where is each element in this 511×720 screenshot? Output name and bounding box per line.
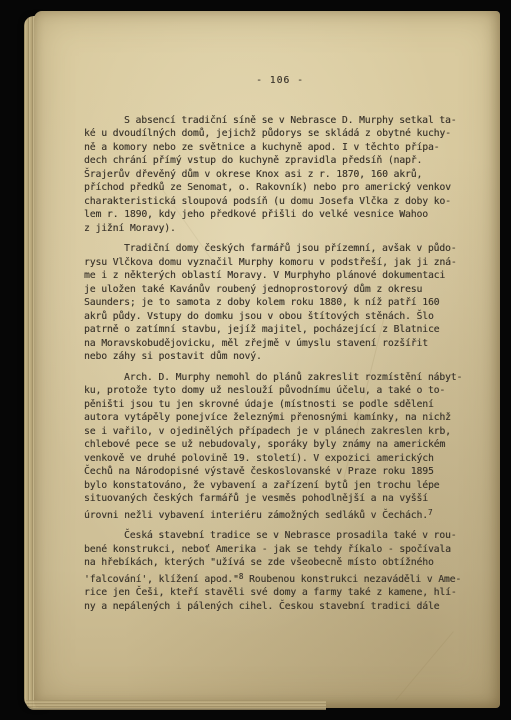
text-line: ké u dvoudílných domů, jejichž půdorys s… [84, 127, 476, 141]
text-line: příchod předků ze Senomat, o. Rakovník) … [84, 181, 476, 195]
text-line: charakteristická sloupová podsíň (u domu… [84, 195, 476, 209]
text-line: úrovni nežli vybavení interiéru zámožnýc… [84, 506, 476, 523]
text-line: akrů půdy. Vstupy do domku jsou v obou š… [84, 310, 476, 324]
text-line: Česká stavební tradice se v Nebrasce pro… [84, 529, 476, 543]
paragraph: Česká stavební tradice se v Nebrasce pro… [84, 529, 476, 613]
text-line: me i z některých oblastí Moravy. V Murph… [84, 269, 476, 283]
paragraph: S absencí tradiční síně se v Nebrasce D.… [84, 114, 476, 236]
text-line: 'falcování', klížení apod."8 Roubenou ko… [84, 570, 476, 587]
scanned-book-page: - 106 - S absencí tradiční síně se v Neb… [0, 0, 511, 720]
paragraph: Arch. D. Murphy nemohl do plánů zakresli… [84, 371, 476, 523]
book-page-stack-bottom-edge [26, 700, 326, 710]
text-line: lem r. 1890, kdy jeho předkové přišli do… [84, 208, 476, 222]
text-line: se i vařilo, v ojedinělých případech je … [84, 425, 476, 439]
text-line: na hřebíkách, kterých "užívá se zde všeo… [84, 556, 476, 570]
text-line: patrně o zatímní stavbu, jejíž majitel, … [84, 323, 476, 337]
typewritten-text-block: - 106 - S absencí tradiční síně se v Neb… [84, 74, 476, 620]
text-line: nebo záhy si postavit dům nový. [84, 350, 476, 364]
text-line: rysu Vlčkova domu vyznačil Murphy komoru… [84, 256, 476, 270]
text-line: rice jen Češi, kteří stavěli své domy a … [84, 586, 476, 600]
text-line: autora vytápěly ponejvíce železnými přen… [84, 411, 476, 425]
text-line: na Moravskobudějovicku, měl zřejmě v úmy… [84, 337, 476, 351]
text-line: Čechů na Národopisné výstavě českoslovan… [84, 465, 476, 479]
text-line: ny a nepálených i pálených cihel. Českou… [84, 600, 476, 614]
text-line: S absencí tradiční síně se v Nebrasce D.… [84, 114, 476, 128]
paragraphs-container: S absencí tradiční síně se v Nebrasce D.… [84, 114, 476, 614]
text-line: venkově ve druhé polovině 19. století). … [84, 452, 476, 466]
text-line: je uložen také Kavánův roubený jednopros… [84, 283, 476, 297]
text-line: situovaných českých farmářů je vesměs po… [84, 492, 476, 506]
text-line: Saunders; je to samota z doby kolem roku… [84, 296, 476, 310]
paper-sheet: - 106 - S absencí tradiční síně se v Neb… [34, 11, 500, 708]
text-line: z jižní Moravy). [84, 222, 476, 236]
text-line: bené konstrukci, neboť Amerika - jak se … [84, 543, 476, 557]
footnote-reference: 8 [239, 572, 244, 581]
text-line: ně a komory nebo ze světnice a kuchyně a… [84, 141, 476, 155]
page-number: - 106 - [84, 74, 476, 88]
text-line: pěništi jsou tu jen skrovné údaje (místn… [84, 398, 476, 412]
text-line: Arch. D. Murphy nemohl do plánů zakresli… [84, 371, 476, 385]
footnote-reference: 7 [428, 508, 433, 517]
text-line: Šrajerův dřevěný dům v okrese Knox asi z… [84, 168, 476, 182]
text-line: Tradiční domy českých farmářů jsou příze… [84, 242, 476, 256]
paper-crease [395, 631, 454, 701]
text-line: bylo konstatováno, že vybavení a zařízen… [84, 479, 476, 493]
paragraph: Tradiční domy českých farmářů jsou příze… [84, 242, 476, 364]
text-line: chlebové pece se už nebudovaly, sporáky … [84, 438, 476, 452]
text-line: dech chrání přímý vstup do kuchyně zprav… [84, 154, 476, 168]
text-line: ku, protože tyto domy už neslouží původn… [84, 384, 476, 398]
